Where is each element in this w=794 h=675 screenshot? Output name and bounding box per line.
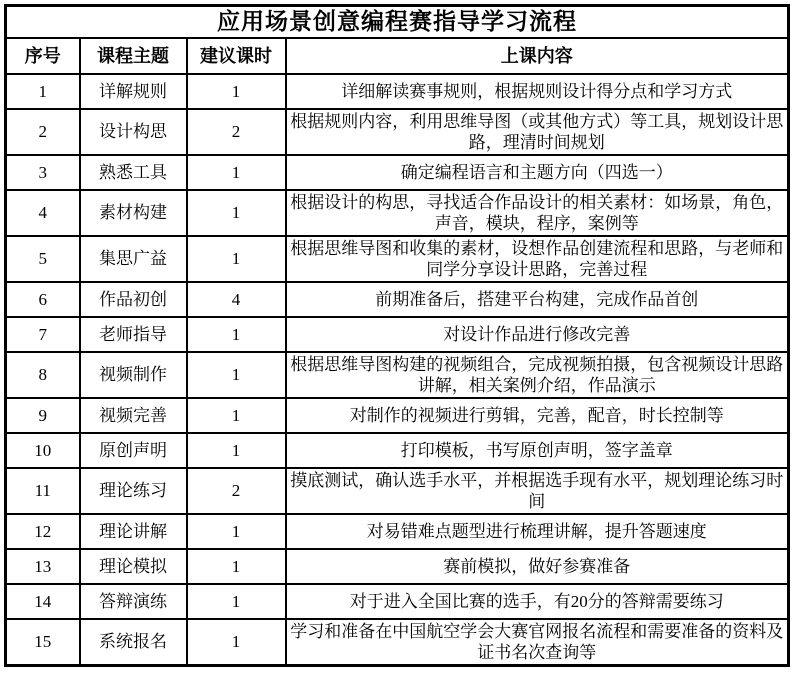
topic-cell: 原创声明 [80,433,187,468]
topic-cell: 熟悉工具 [80,155,187,190]
row-number-cell: 15 [6,619,80,666]
column-header-content: 上课内容 [286,38,789,74]
table-row: 1 详解规则 1 详细解读赛事规则，根据规则设计得分点和学习方式 [6,74,789,109]
content-cell: 根据思维导图和收集的素材，设想作品创建流程和思路，与老师和同学分享设计思路，完善… [286,236,789,282]
table-row: 12 理论讲解 1 对易错难点题型进行梳理讲解，提升答题速度 [6,514,789,549]
topic-cell: 素材构建 [80,190,187,236]
topic-cell: 老师指导 [80,317,187,352]
row-number-cell: 1 [6,74,80,109]
content-cell: 对易错难点题型进行梳理讲解，提升答题速度 [286,514,789,549]
row-number-cell: 10 [6,433,80,468]
hours-cell: 1 [187,236,286,282]
table-row: 7 老师指导 1 对设计作品进行修改完善 [6,317,789,352]
row-number-cell: 11 [6,468,80,514]
table-row: 15 系统报名 1 学习和准备在中国航空学会大赛官网报名流程和需要准备的资料及证… [6,619,789,666]
table-row: 4 素材构建 1 根据设计的构思，寻找适合作品设计的相关素材：如场景，角色，声音… [6,190,789,236]
row-number-cell: 7 [6,317,80,352]
topic-cell: 答辩演练 [80,584,187,619]
content-cell: 对于进入全国比赛的选手，有20分的答辩需要练习 [286,584,789,619]
topic-cell: 理论练习 [80,468,187,514]
topic-cell: 系统报名 [80,619,187,666]
table-row: 5 集思广益 1 根据思维导图和收集的素材，设想作品创建流程和思路，与老师和同学… [6,236,789,282]
hours-cell: 1 [187,155,286,190]
table-row: 6 作品初创 4 前期准备后，搭建平台构建，完成作品首创 [6,282,789,317]
hours-cell: 1 [187,352,286,398]
row-number-cell: 5 [6,236,80,282]
content-cell: 摸底测试，确认选手水平，并根据选手现有水平，规划理论练习时间 [286,468,789,514]
row-number-cell: 4 [6,190,80,236]
topic-cell: 详解规则 [80,74,187,109]
table-row: 2 设计构思 2 根据规则内容，利用思维导图（或其他方式）等工具，规划设计思路，… [6,109,789,155]
topic-cell: 理论模拟 [80,549,187,584]
content-cell: 对设计作品进行修改完善 [286,317,789,352]
table-row: 10 原创声明 1 打印模板，书写原创声明，签字盖章 [6,433,789,468]
table-title-row: 应用场景创意编程赛指导学习流程 [6,6,789,39]
row-number-cell: 2 [6,109,80,155]
topic-cell: 视频完善 [80,398,187,433]
table-row: 9 视频完善 1 对制作的视频进行剪辑，完善，配音，时长控制等 [6,398,789,433]
column-header-hours: 建议课时 [187,38,286,74]
table-row: 11 理论练习 2 摸底测试，确认选手水平，并根据选手现有水平，规划理论练习时间 [6,468,789,514]
content-cell: 详细解读赛事规则，根据规则设计得分点和学习方式 [286,74,789,109]
hours-cell: 4 [187,282,286,317]
topic-cell: 设计构思 [80,109,187,155]
row-number-cell: 12 [6,514,80,549]
hours-cell: 1 [187,74,286,109]
column-header-no: 序号 [6,38,80,74]
row-number-cell: 3 [6,155,80,190]
row-number-cell: 6 [6,282,80,317]
hours-cell: 1 [187,619,286,666]
content-cell: 打印模板，书写原创声明，签字盖章 [286,433,789,468]
table-row: 13 理论模拟 1 赛前模拟，做好参赛准备 [6,549,789,584]
hours-cell: 1 [187,514,286,549]
content-cell: 根据设计的构思，寻找适合作品设计的相关素材：如场景，角色，声音，模块，程序，案例… [286,190,789,236]
table-header-row: 序号 课程主题 建议课时 上课内容 [6,38,789,74]
topic-cell: 作品初创 [80,282,187,317]
content-cell: 前期准备后，搭建平台构建，完成作品首创 [286,282,789,317]
table-row: 3 熟悉工具 1 确定编程语言和主题方向（四选一） [6,155,789,190]
row-number-cell: 9 [6,398,80,433]
topic-cell: 集思广益 [80,236,187,282]
content-cell: 根据思维导图构建的视频组合，完成视频拍摄，包含视频设计思路讲解，相关案例介绍，作… [286,352,789,398]
hours-cell: 1 [187,584,286,619]
hours-cell: 1 [187,398,286,433]
hours-cell: 1 [187,433,286,468]
content-cell: 根据规则内容，利用思维导图（或其他方式）等工具，规划设计思路，理清时间规划 [286,109,789,155]
content-cell: 赛前模拟，做好参赛准备 [286,549,789,584]
row-number-cell: 13 [6,549,80,584]
content-cell: 学习和准备在中国航空学会大赛官网报名流程和需要准备的资料及证书名次查询等 [286,619,789,666]
hours-cell: 1 [187,549,286,584]
content-cell: 确定编程语言和主题方向（四选一） [286,155,789,190]
column-header-topic: 课程主题 [80,38,187,74]
content-cell: 对制作的视频进行剪辑，完善，配音，时长控制等 [286,398,789,433]
page-title: 应用场景创意编程赛指导学习流程 [6,6,789,39]
table-row: 14 答辩演练 1 对于进入全国比赛的选手，有20分的答辩需要练习 [6,584,789,619]
course-schedule-table: 应用场景创意编程赛指导学习流程 序号 课程主题 建议课时 上课内容 1 详解规则… [4,4,790,667]
topic-cell: 理论讲解 [80,514,187,549]
hours-cell: 1 [187,190,286,236]
row-number-cell: 14 [6,584,80,619]
row-number-cell: 8 [6,352,80,398]
topic-cell: 视频制作 [80,352,187,398]
hours-cell: 2 [187,468,286,514]
table-row: 8 视频制作 1 根据思维导图构建的视频组合，完成视频拍摄，包含视频设计思路讲解… [6,352,789,398]
hours-cell: 2 [187,109,286,155]
hours-cell: 1 [187,317,286,352]
